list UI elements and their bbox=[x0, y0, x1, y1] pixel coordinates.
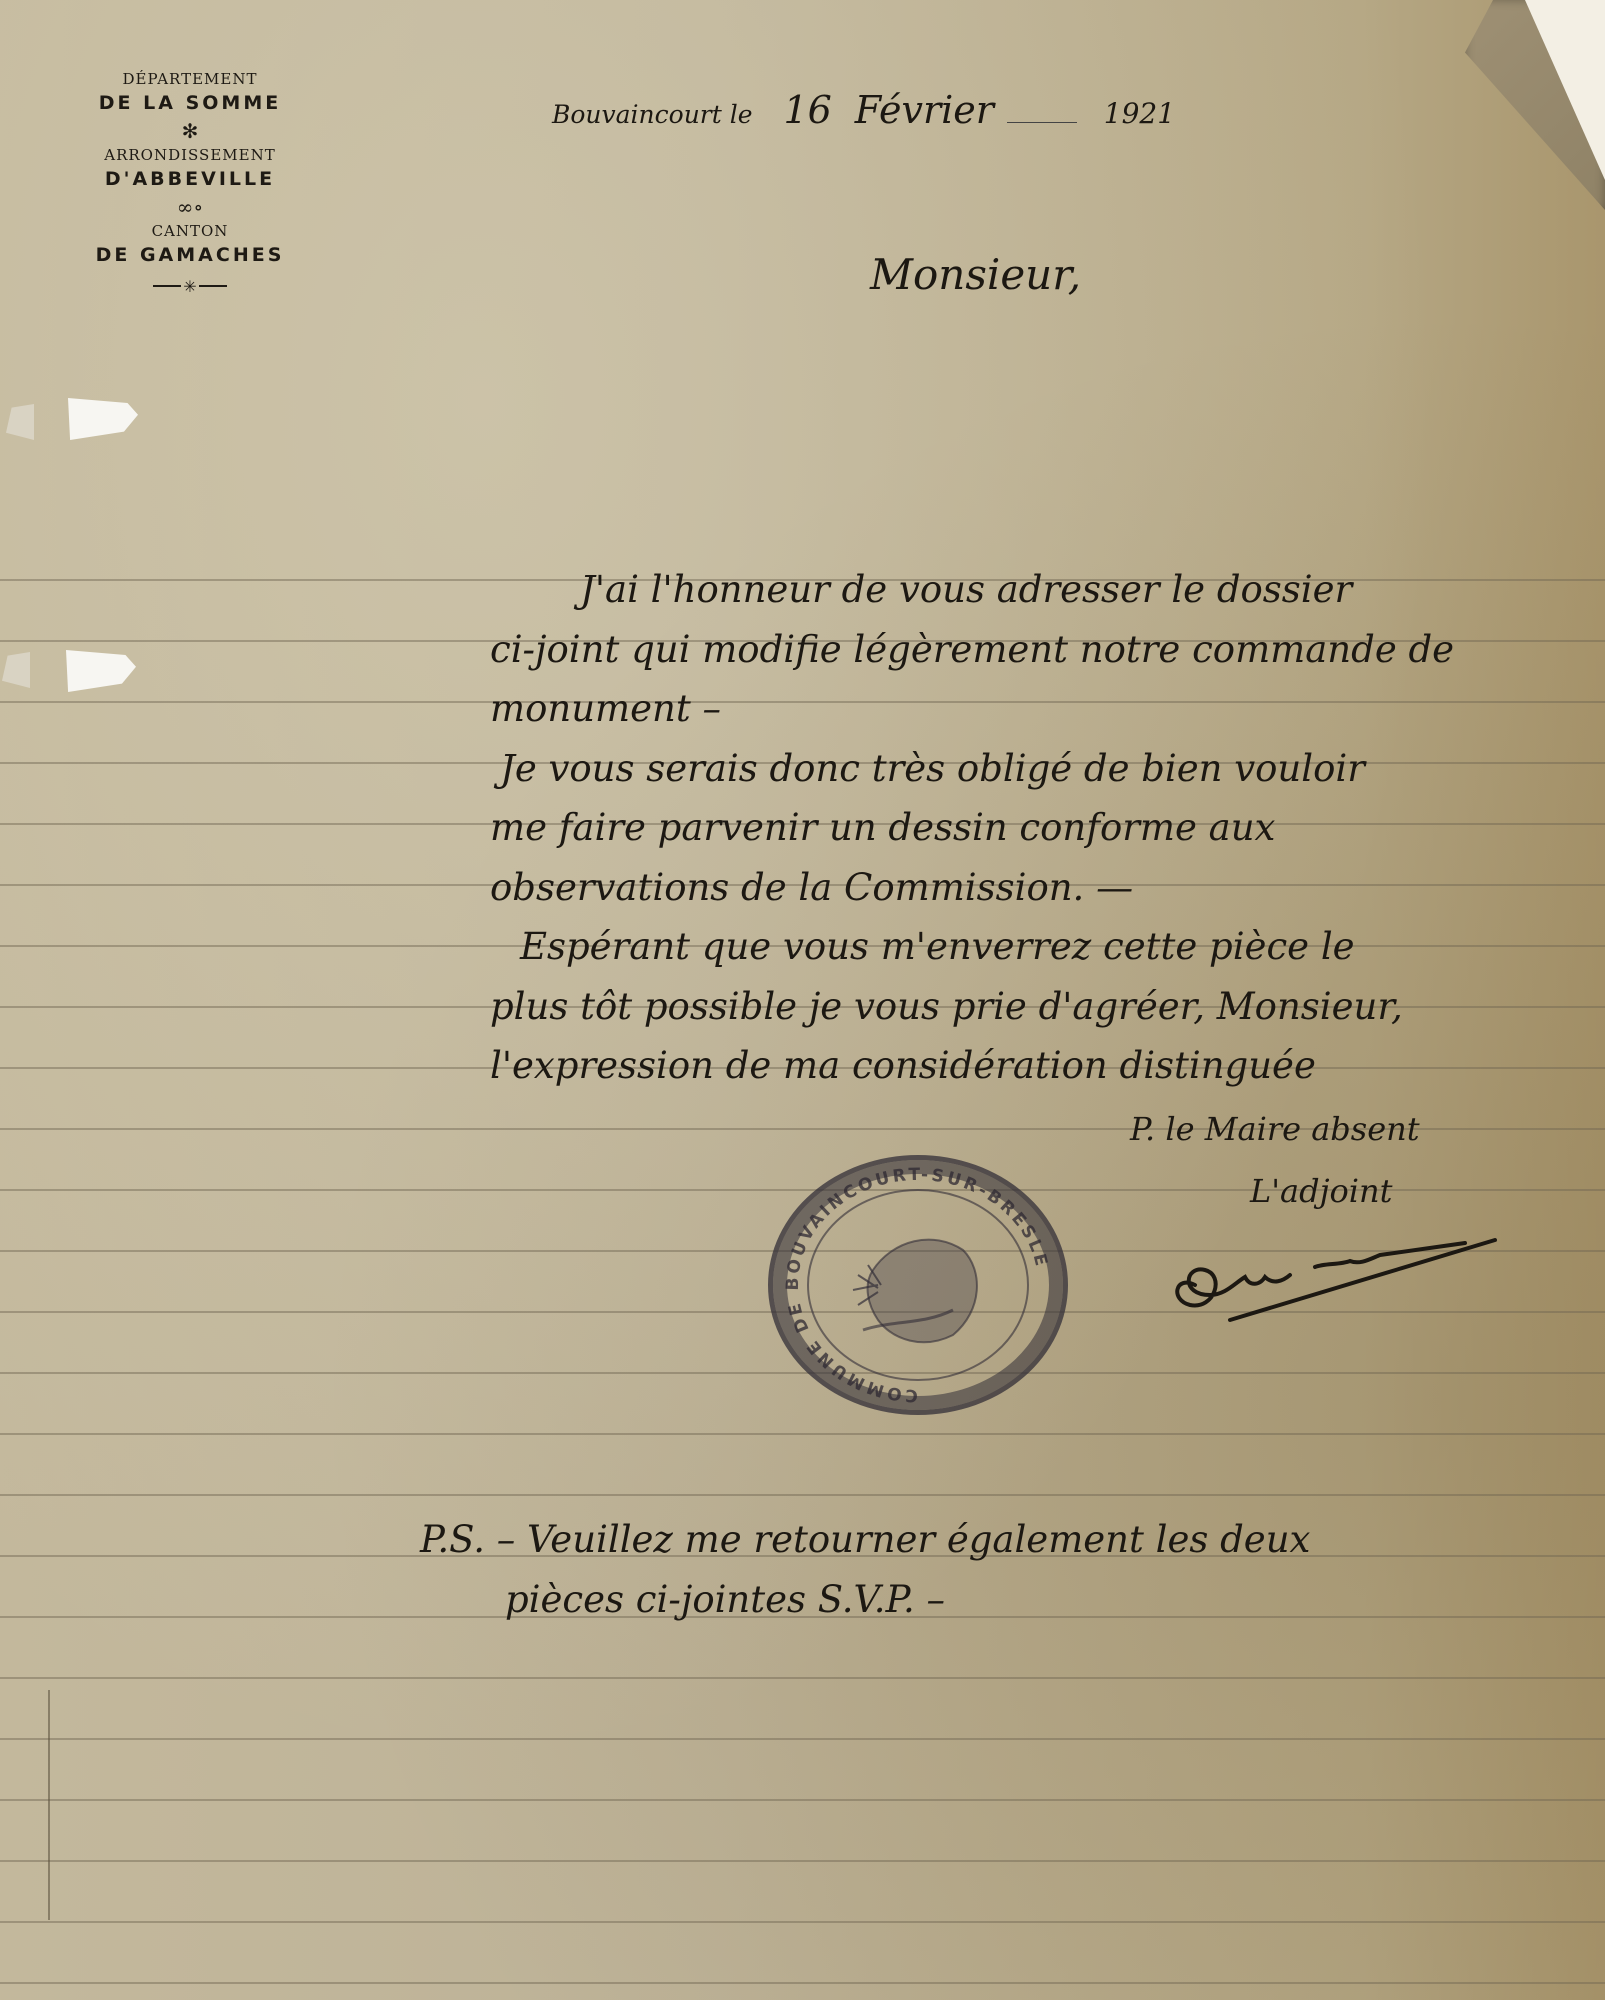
body-line: J'ai l'honneur de vous adresser le dossi… bbox=[490, 560, 1600, 620]
letterhead-departement: DÉPARTEMENT bbox=[50, 70, 330, 88]
postscript: P.S. – Veuillez me retourner également l… bbox=[420, 1510, 1310, 1630]
date-day: 16 bbox=[783, 88, 831, 132]
municipal-stamp: COMMUNE DE BOUVAINCOURT-SUR-BRESLE bbox=[768, 1155, 1068, 1415]
letterhead-canton: CANTON bbox=[50, 222, 330, 240]
ps-line: pièces ci-jointes S.V.P. – bbox=[420, 1570, 1310, 1630]
date-year: 1921 bbox=[1104, 97, 1175, 130]
signature-scribble bbox=[1165, 1215, 1505, 1325]
letterhead-abbeville: D'ABBEVILLE bbox=[50, 168, 330, 190]
letterhead-arrondissement: ARRONDISSEMENT bbox=[50, 146, 330, 164]
place-date-line: Bouvaincourt le 16 Février 1921 bbox=[552, 88, 1175, 132]
asterism-ornament-icon: ✻ bbox=[50, 120, 330, 142]
stamp-emblem-icon bbox=[833, 1210, 1003, 1360]
letterhead-gamaches: DE GAMACHES bbox=[50, 244, 330, 266]
margin-line bbox=[48, 1690, 50, 1920]
letterhead: DÉPARTEMENT DE LA SOMME ✻ ARRONDISSEMENT… bbox=[50, 70, 330, 296]
salutation: Monsieur, bbox=[870, 250, 1081, 299]
body-line: observations de la Commission. — bbox=[490, 858, 1600, 918]
place-label: Bouvaincourt le bbox=[552, 100, 753, 129]
body-line: me faire parvenir un dessin conforme aux bbox=[490, 798, 1600, 858]
ps-line: P.S. – Veuillez me retourner également l… bbox=[420, 1510, 1310, 1570]
star-rule-ornament-icon: ✳ bbox=[153, 277, 226, 296]
letterhead-somme: DE LA SOMME bbox=[50, 92, 330, 114]
body-line: plus tôt possible je vous prie d'agréer,… bbox=[490, 977, 1600, 1037]
closing-block: P. le Maire absent L'adjoint bbox=[1130, 1098, 1420, 1222]
date-underline bbox=[1007, 122, 1077, 123]
body-line: Je vous serais donc très obligé de bien … bbox=[490, 739, 1600, 799]
letter-body: J'ai l'honneur de vous adresser le dossi… bbox=[490, 560, 1600, 1096]
body-line: monument – bbox=[490, 679, 1600, 739]
body-line: Espérant que vous m'enverrez cette pièce… bbox=[490, 917, 1600, 977]
rings-ornament-icon: ∞∘ bbox=[50, 196, 330, 218]
closing-line-adjoint: L'adjoint bbox=[1130, 1160, 1420, 1222]
date-month: Février bbox=[855, 88, 994, 132]
body-line: l'expression de ma considération disting… bbox=[490, 1036, 1600, 1096]
body-line: ci-joint qui modifie légèrement notre co… bbox=[490, 620, 1600, 680]
closing-line-maire: P. le Maire absent bbox=[1130, 1110, 1420, 1148]
